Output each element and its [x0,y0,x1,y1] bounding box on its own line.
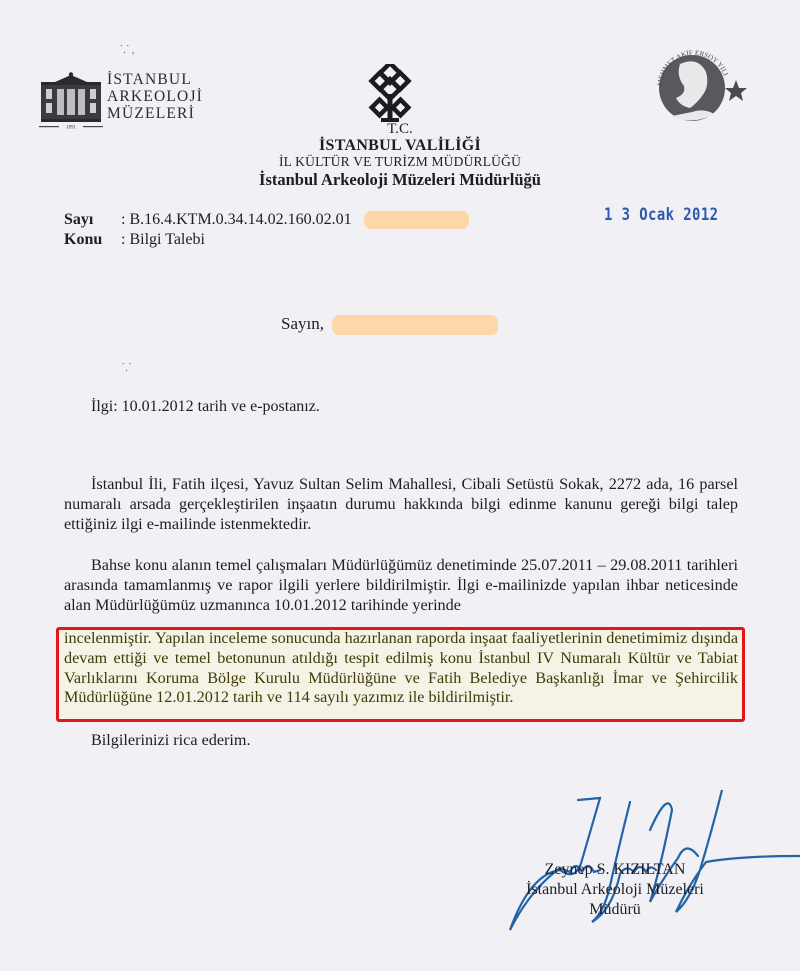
scan-speck: ⸪ , [120,42,135,57]
salutation-text: Sayın, [281,314,324,333]
konu-label: Konu [64,231,121,249]
date-stamp: 1 3 Ocak 2012 [604,205,718,225]
reference-line: İlgi: 10.01.2012 tarih ve e-postanız. [91,398,320,416]
signer-title-2: Müdürü [500,900,730,920]
signer-block: Zeynep S. KIZILTAN İstanbul Arkeoloji Mü… [500,860,730,920]
logo-line-1: İSTANBUL [107,71,203,88]
signer-title-1: İstanbul Arkeoloji Müzeleri [500,880,730,900]
logo-line-3: MÜZELERİ [107,105,203,122]
scan-speck: ⸪ [122,360,131,375]
sayi-value: : B.16.4.KTM.0.34.14.02.160.02.01 [121,211,352,228]
paragraph-2: Bahse konu alanın temel çalışmaları Müdü… [64,556,738,615]
signer-name: Zeynep S. KIZILTAN [500,860,730,880]
closing-line: Bilgilerinizi rica ederim. [91,731,251,750]
header-museum-directorate: İstanbul Arkeoloji Müzeleri Müdürlüğü [0,170,800,190]
header-governorship: İSTANBUL VALİLİĞİ [0,137,800,155]
paragraph-1: İstanbul İli, Fatih ilçesi, Yavuz Sultan… [64,475,738,534]
mehmet-akif-ersoy-medallion-icon: MEHMET AKİF ERSOY YILI [650,46,770,126]
salutation: Sayın, [281,314,498,335]
paragraph-1-text: İstanbul İli, Fatih ilçesi, Yavuz Sultan… [64,475,738,533]
redacted-recipient [332,315,498,335]
paragraph-2-text: Bahse konu alanın temel çalışmaları Müdü… [64,556,738,614]
header-culture-directorate: İL KÜLTÜR VE TURİZM MÜDÜRLÜĞÜ [0,154,800,170]
logo-line-2: ARKEOLOJİ [107,88,203,105]
konu-value: : Bilgi Talebi [121,231,205,248]
redacted-reference [364,211,469,229]
ministry-knot-emblem-icon [368,64,412,124]
subject-row: Konu: Bilgi Talebi [64,231,205,249]
highlighted-paragraph: incelenmiştir. Yapılan inceleme sonucund… [64,629,738,708]
reference-number-row: Sayı: B.16.4.KTM.0.34.14.02.160.02.01 [64,211,469,229]
sayi-label: Sayı [64,211,121,229]
